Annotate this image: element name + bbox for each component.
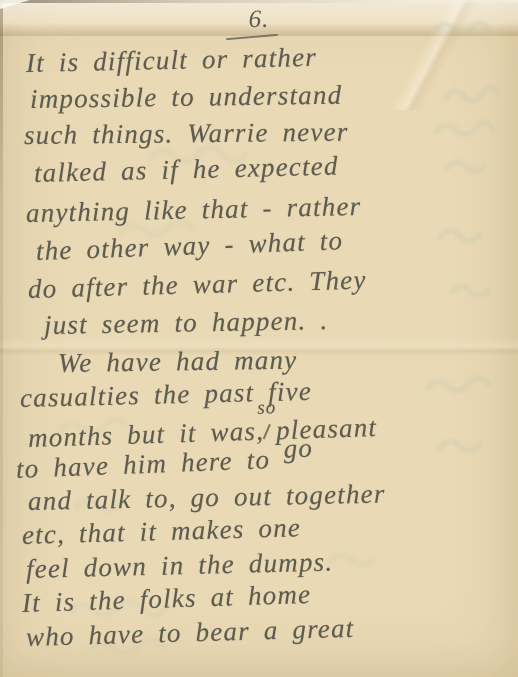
page-number: 6. (0, 6, 518, 34)
handwritten-line: etc, that it makes one (22, 512, 302, 551)
page-number-underline (226, 34, 278, 41)
handwritten-line: We have had many (58, 345, 298, 379)
handwritten-line: anything like that - rather (26, 191, 362, 229)
paper-top-edge (0, 0, 518, 3)
handwritten-line: the other way - what to (35, 225, 343, 267)
caret-mark (263, 424, 271, 439)
handwritten-line: impossible to understand (30, 80, 343, 115)
handwritten-line: It is the folks at home (22, 579, 312, 619)
inserted-word: so (257, 397, 277, 420)
paper-left-edge (0, 0, 3, 677)
handwritten-line: who have to bear a great (26, 613, 355, 653)
handwritten-line: do after the war etc. They (28, 265, 367, 305)
raised-word: go (283, 433, 314, 465)
letter-page: 6. It is difficult or rather impossible … (0, 0, 518, 677)
handwritten-line: and talk to, go out together (28, 479, 386, 517)
handwritten-line: It is difficult or rather (26, 42, 318, 79)
insertion-anchor: so (263, 412, 276, 439)
handwritten-line: talked as if he expected (34, 151, 339, 189)
handwritten-line: just seem to happen. . (44, 305, 329, 341)
handwritten-line: such things. Warrie never (24, 117, 349, 151)
